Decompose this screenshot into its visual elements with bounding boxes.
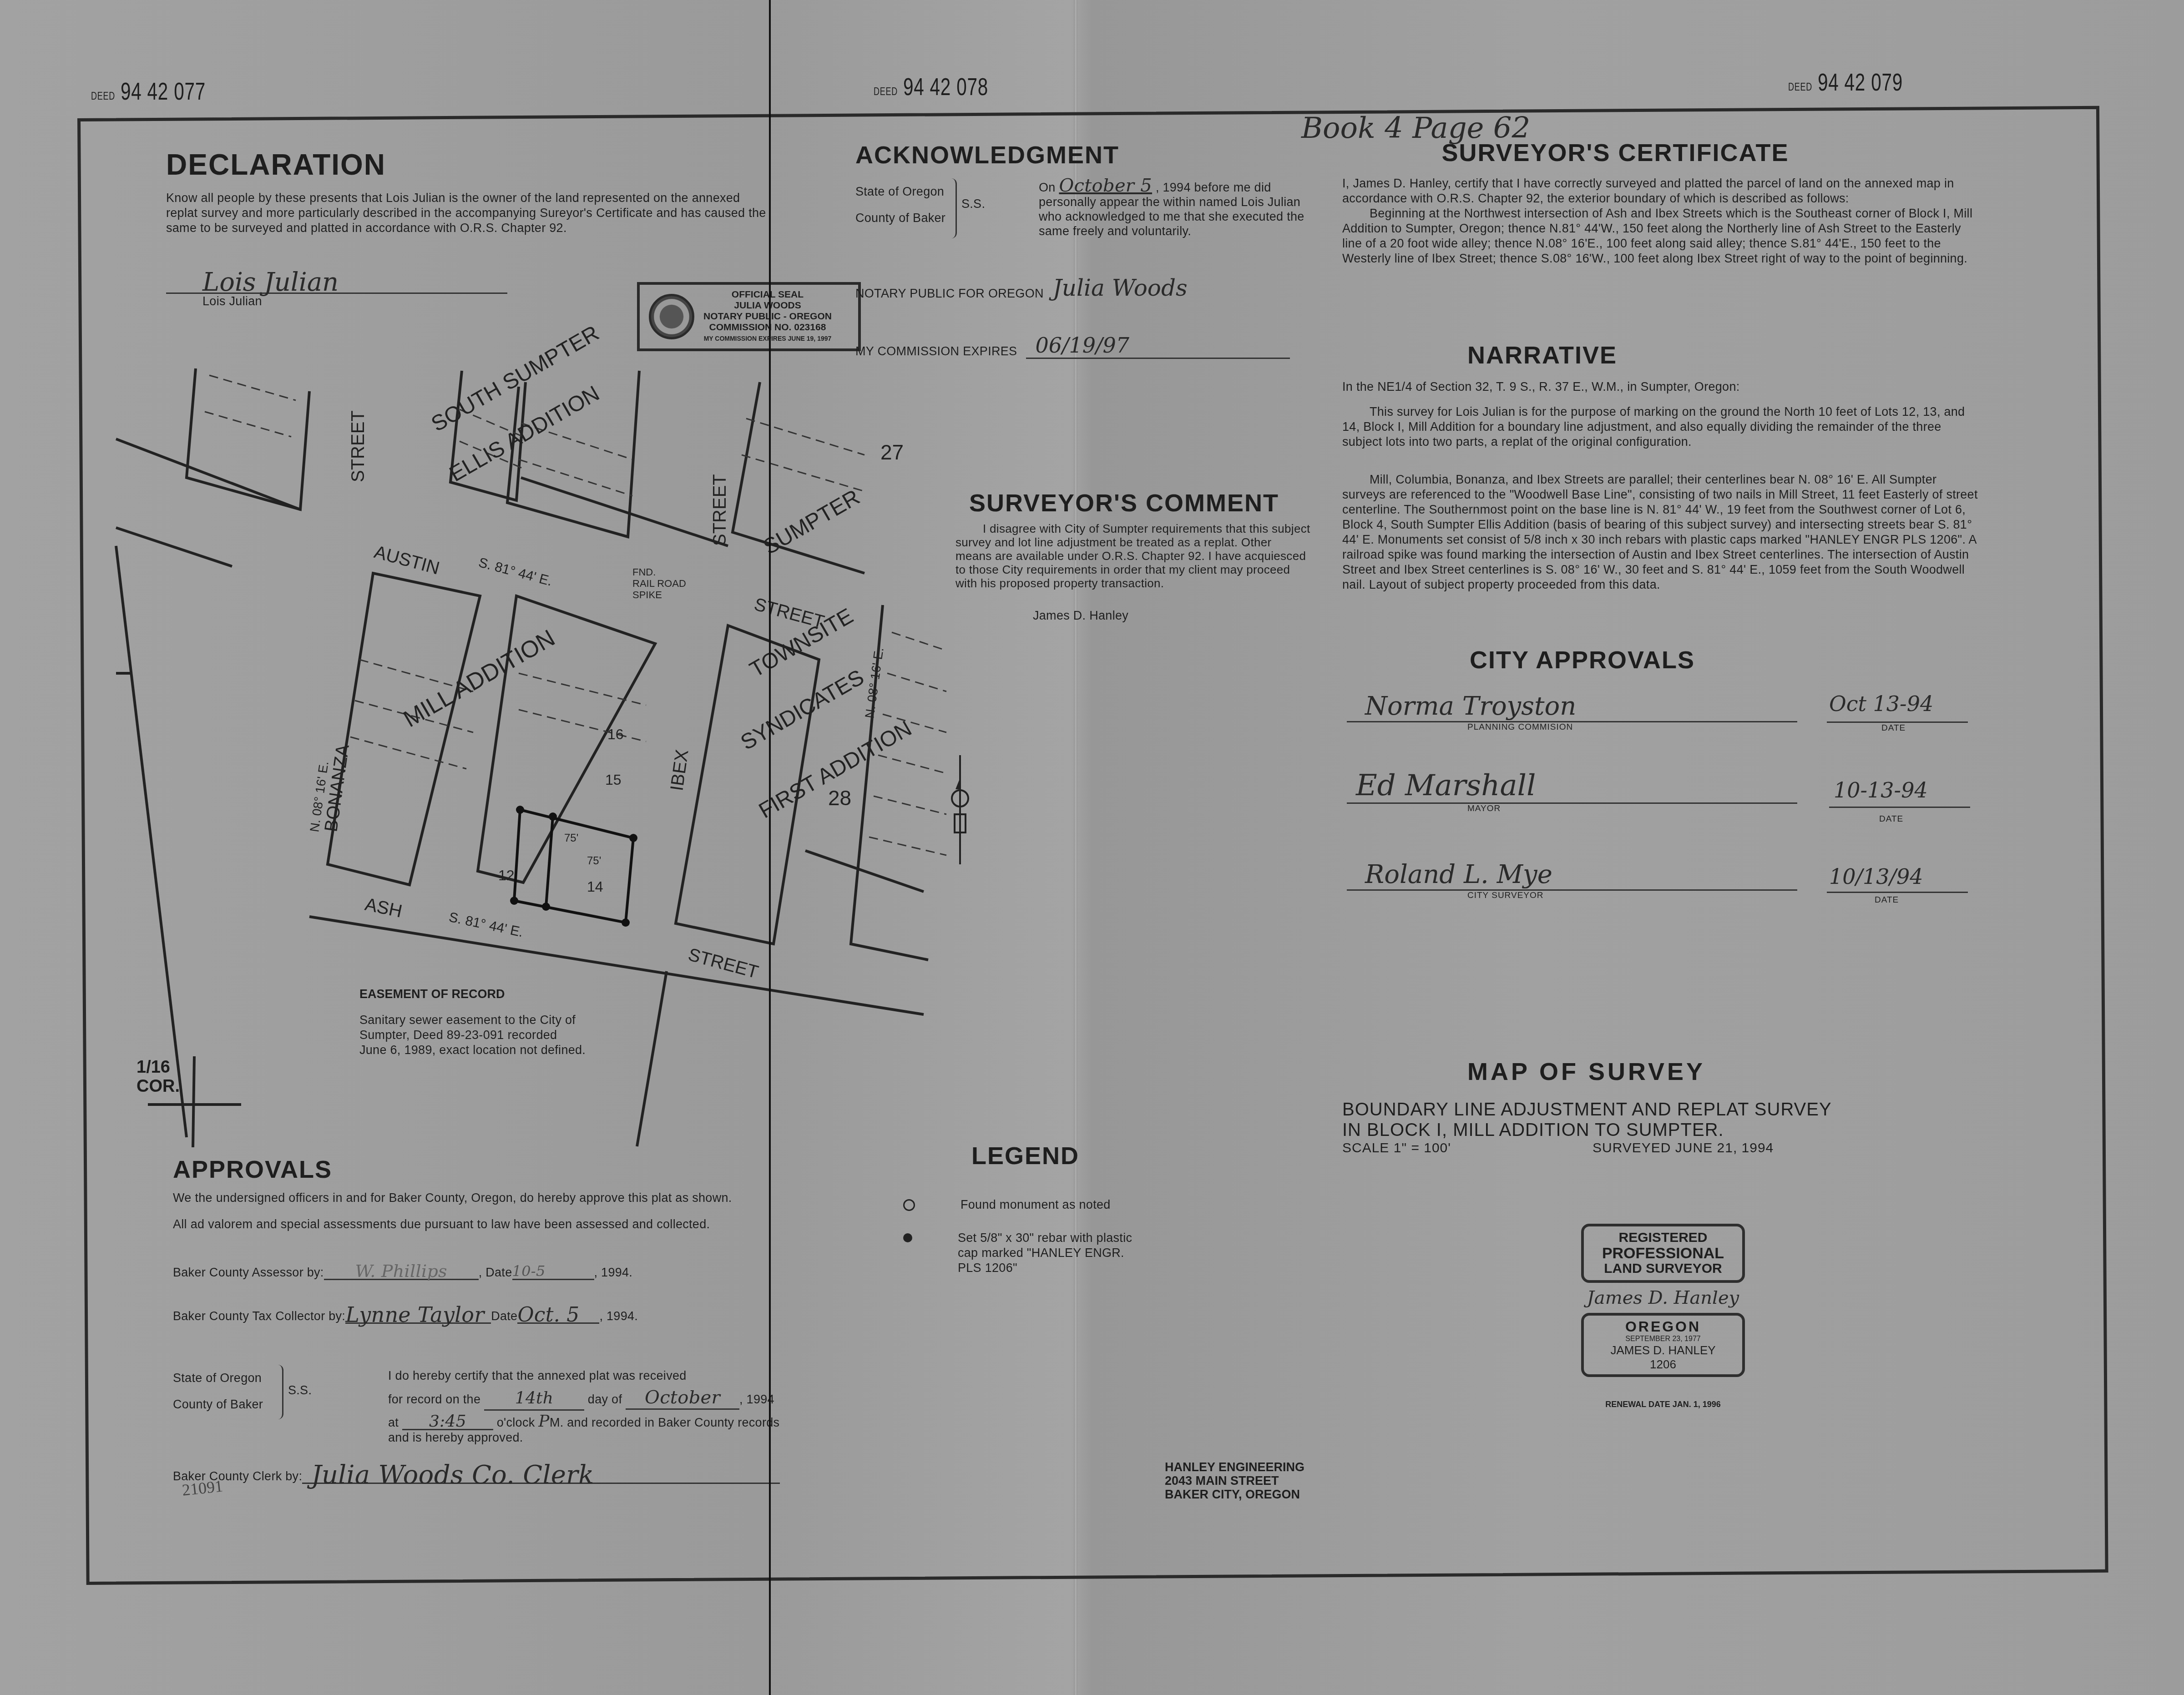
svg-text:SUMPTER: SUMPTER — [759, 485, 864, 559]
svg-text:12: 12 — [498, 867, 515, 883]
county-clerk-row: Baker County Clerk by: Julia Woods Co. C… — [173, 1468, 833, 1484]
svg-text:RAIL ROAD: RAIL ROAD — [632, 578, 686, 589]
easement-of-record-note: EASEMENT OF RECORD Sanitary sewer easeme… — [359, 987, 587, 1058]
svg-text:75': 75' — [564, 832, 578, 844]
svg-text:STREET: STREET — [710, 474, 730, 546]
street-label: STREET — [348, 410, 368, 482]
tax-collector-row: Baker County Tax Collector by: Lynne Tay… — [173, 1307, 833, 1324]
svg-text:AUSTIN: AUSTIN — [372, 542, 442, 578]
north-arrow-icon — [958, 755, 961, 855]
svg-text:STREET: STREET — [686, 944, 761, 982]
scan-fold-line — [769, 0, 771, 1695]
svg-text:S. 81° 44' E.: S. 81° 44' E. — [477, 555, 554, 589]
svg-text:27: 27 — [880, 440, 904, 464]
county-approvals-section: APPROVALS We the undersigned officers in… — [173, 1155, 833, 1484]
county-approvals-title: APPROVALS — [173, 1155, 833, 1184]
svg-text:SPIKE: SPIKE — [632, 589, 662, 600]
svg-text:IBEX: IBEX — [667, 748, 692, 792]
svg-text:15: 15 — [605, 772, 622, 788]
svg-text:MILL ADDITION: MILL ADDITION — [399, 625, 560, 732]
svg-text:28: 28 — [828, 786, 851, 810]
recording-certificate: State of Oregon County of Baker S.S. I d… — [173, 1365, 833, 1445]
sixteenth-corner-label: 1/16 COR. — [136, 1058, 180, 1096]
svg-text:14: 14 — [587, 878, 603, 895]
svg-text:S. 81° 44' E.: S. 81° 44' E. — [448, 910, 525, 940]
svg-text:ASH: ASH — [363, 894, 404, 922]
svg-text:16: 16 — [607, 726, 624, 742]
svg-text:FND.: FND. — [632, 566, 656, 578]
svg-text:75': 75' — [587, 855, 601, 867]
assessor-row: Baker County Assessor by: W. Phillips , … — [173, 1264, 833, 1280]
